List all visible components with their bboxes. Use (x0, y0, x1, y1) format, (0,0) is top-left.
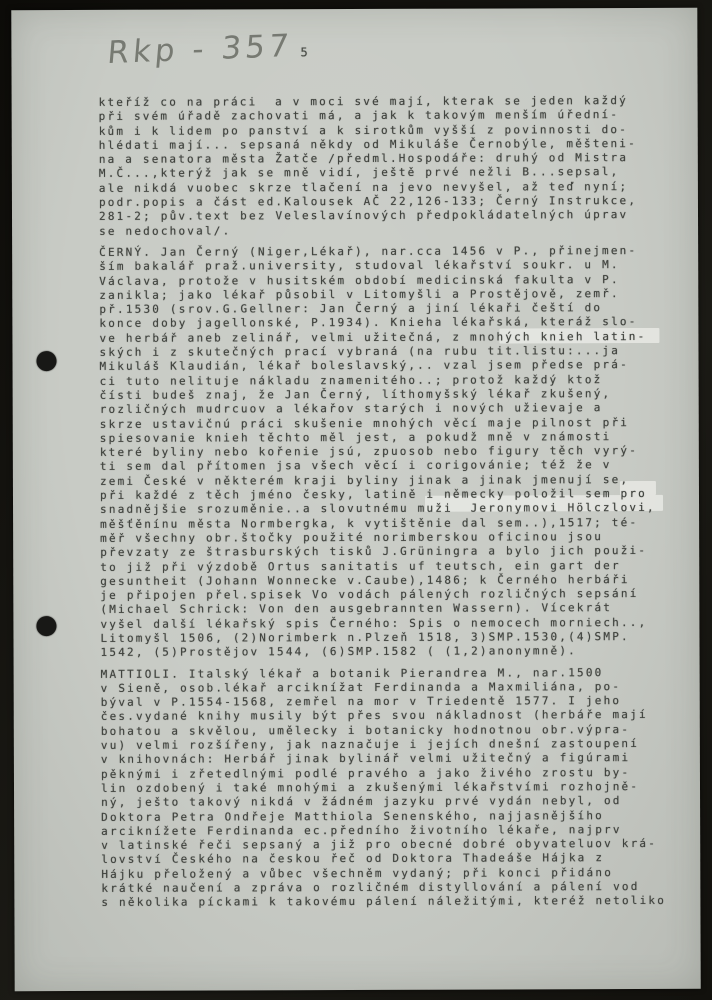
page-number: 5 (300, 45, 309, 59)
hole-punch-bottom (36, 616, 56, 636)
hole-punch-top (36, 351, 56, 371)
handwritten-shelfmark: Rkp - 357 (106, 28, 294, 71)
paragraph-instrukce-continuation: kteříž co na práci a v moci své mají, kt… (99, 94, 679, 239)
typewritten-text-column: kteříž co na práci a v moci své mají, kt… (99, 94, 682, 911)
paragraph-cerny-entry: ČERNÝ. Jan Černý (Niger,Lékař), nar.cca … (99, 244, 680, 661)
paragraph-mattioli-entry: MATTIOLI. Italský lékař a botanik Pieran… (101, 665, 682, 910)
document-page: Rkp - 357 5 kteříž co na práci a v moci … (11, 8, 700, 991)
scan-background: Rkp - 357 5 kteříž co na práci a v moci … (0, 0, 712, 1000)
